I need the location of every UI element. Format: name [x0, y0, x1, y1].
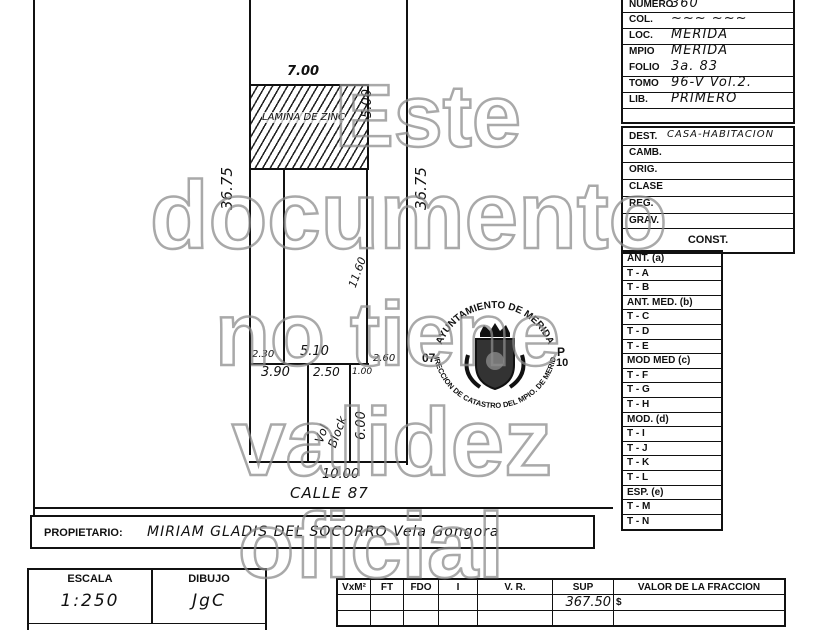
- const-row: T - M: [623, 500, 721, 515]
- watermark-line-4: validez: [232, 395, 552, 491]
- escala-label: ESCALA: [29, 573, 151, 585]
- owner-label: PROPIETARIO:: [44, 527, 123, 539]
- const-row: T - K: [623, 456, 721, 471]
- col-sup: SUP: [553, 579, 614, 595]
- table-row: [337, 611, 785, 627]
- const-row: T - L: [623, 471, 721, 486]
- construction-type-table: ANT. (a) T - A T - B ANT. MED. (b) T - C…: [621, 250, 723, 531]
- const-row: T - H: [623, 398, 721, 413]
- watermark-line-5: oficial: [238, 500, 504, 592]
- const-row: ESP. (e): [623, 486, 721, 501]
- const-row: T - C: [623, 310, 721, 325]
- const-row: T - B: [623, 281, 721, 296]
- const-row: T - I: [623, 427, 721, 442]
- scale-box: ESCALA 1:250 DIBUJO JgC: [27, 568, 267, 630]
- const-row: T - D: [623, 325, 721, 340]
- const-row: MOD MED (c): [623, 354, 721, 369]
- info-row-lib: LIB.PRIMERO: [623, 93, 793, 109]
- zinc-roof-label: LAMINA DE ZINC: [262, 112, 345, 123]
- sup-value: 367.50: [553, 595, 614, 611]
- info-row-camb: CAMB.: [623, 146, 793, 163]
- const-row: MOD. (d): [623, 413, 721, 428]
- const-row: ANT. MED. (b): [623, 296, 721, 311]
- const-row: T - E: [623, 340, 721, 355]
- escala-value: 1:250: [29, 591, 151, 611]
- watermark-line-1: Este: [335, 72, 521, 160]
- valor-fraccion-value: $: [614, 595, 786, 611]
- dim-top-width: 7.00: [287, 64, 319, 79]
- watermark-line-3: no tiene: [215, 290, 560, 380]
- frame-left-border: [33, 0, 35, 515]
- watermark-line-2: documento: [150, 168, 667, 264]
- property-info-panel: NUMERO360 COL.~~~ ~~~ LOC.MERIDA MPIOMER…: [621, 0, 795, 124]
- const-row: T - F: [623, 369, 721, 384]
- const-row: T - J: [623, 442, 721, 457]
- escala-cell: ESCALA 1:250: [29, 570, 153, 624]
- info-row-dest: DEST.CASA-HABITACION: [623, 128, 793, 146]
- col-valor-fraccion: VALOR DE LA FRACCION: [614, 579, 786, 595]
- const-row: T - N: [623, 515, 721, 530]
- const-row: T - G: [623, 383, 721, 398]
